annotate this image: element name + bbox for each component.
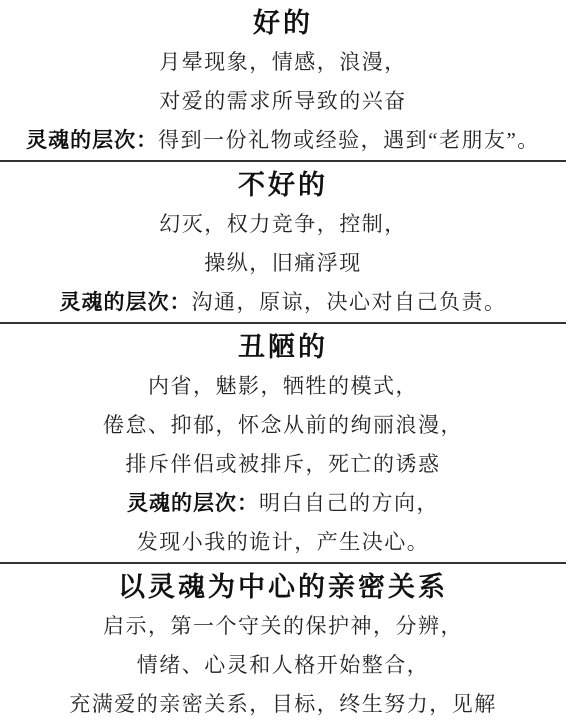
line-text: 倦怠、抑郁，怀念从前的绚丽浪漫， xyxy=(103,413,463,437)
section-bad: 不好的幻灭，权力竞争，控制，操纵，旧痛浮现灵魂的层次：沟通，原谅，决心对自己负责… xyxy=(0,162,566,322)
book-page: 好的月晕现象，情感，浪漫，对爱的需求所导致的兴奋灵魂的层次：得到一份礼物或经验，… xyxy=(0,0,566,726)
section-line: 情绪、心灵和人格开始整合， xyxy=(0,646,566,685)
soul-level-label: 灵魂的层次： xyxy=(127,492,259,515)
section-line: 启示，第一个守关的保护神，分辨， xyxy=(0,607,566,646)
section-title: 不好的 xyxy=(0,162,566,205)
section-ugly: 丑陋的内省，魅影，牺牲的模式，倦怠、抑郁，怀念从前的绚丽浪漫，排斥伴侣或被排斥，… xyxy=(0,324,566,562)
line-text: 排斥伴侣或被排斥，死亡的诱惑 xyxy=(126,452,441,476)
line-text: 得到一份礼物或经验，遇到“老朋友”。 xyxy=(158,128,540,152)
line-text: 内省，魅影，牺牲的模式， xyxy=(148,374,418,398)
line-text: 月晕现象，情感，浪漫， xyxy=(159,50,407,74)
section-line: 灵魂的层次：沟通，原谅，决心对自己负责。 xyxy=(0,283,566,322)
section-line: 月晕现象，情感，浪漫， xyxy=(0,43,566,82)
section-line: 倦怠、抑郁，怀念从前的绚丽浪漫， xyxy=(0,406,566,445)
soul-level-label: 灵魂的层次： xyxy=(26,129,158,152)
section-title: 丑陋的 xyxy=(0,324,566,367)
line-text: 情绪、心灵和人格开始整合， xyxy=(137,653,430,677)
section-line: 发现小我的诡计，产生决心。 xyxy=(0,523,566,562)
section-line: 幻灭，权力竞争，控制， xyxy=(0,205,566,244)
line-text: 对爱的需求所导致的兴奋 xyxy=(159,89,407,113)
line-text: 明白自己的方向， xyxy=(259,491,439,515)
section-line: 灵魂的层次：得到一份礼物或经验，遇到“老朋友”。 xyxy=(0,121,566,160)
line-text: 幻灭，权力竞争，控制， xyxy=(159,212,407,236)
line-text: 启示，第一个守关的保护神，分辨， xyxy=(103,614,463,638)
sections-container: 好的月晕现象，情感，浪漫，对爱的需求所导致的兴奋灵魂的层次：得到一份礼物或经验，… xyxy=(0,0,566,724)
line-text: 沟通，原谅，决心对自己负责。 xyxy=(192,290,507,314)
line-text: 充满爱的亲密关系，目标，终生努力，见解 xyxy=(69,692,497,716)
section-line: 排斥伴侣或被排斥，死亡的诱惑 xyxy=(0,445,566,484)
section-line: 操纵，旧痛浮现 xyxy=(0,244,566,283)
line-text: 发现小我的诡计，产生决心。 xyxy=(137,530,430,554)
section-line: 内省，魅影，牺牲的模式， xyxy=(0,367,566,406)
section-good: 好的月晕现象，情感，浪漫，对爱的需求所导致的兴奋灵魂的层次：得到一份礼物或经验，… xyxy=(0,0,566,160)
section-line: 充满爱的亲密关系，目标，终生努力，见解 xyxy=(0,685,566,724)
line-text: 操纵，旧痛浮现 xyxy=(204,251,362,275)
section-title: 以灵魂为中心的亲密关系 xyxy=(0,564,566,607)
section-soul-centered-intimacy: 以灵魂为中心的亲密关系启示，第一个守关的保护神，分辨，情绪、心灵和人格开始整合，… xyxy=(0,564,566,724)
soul-level-label: 灵魂的层次： xyxy=(60,291,192,314)
section-line: 对爱的需求所导致的兴奋 xyxy=(0,82,566,121)
section-line: 灵魂的层次：明白自己的方向， xyxy=(0,484,566,523)
section-title: 好的 xyxy=(0,0,566,43)
